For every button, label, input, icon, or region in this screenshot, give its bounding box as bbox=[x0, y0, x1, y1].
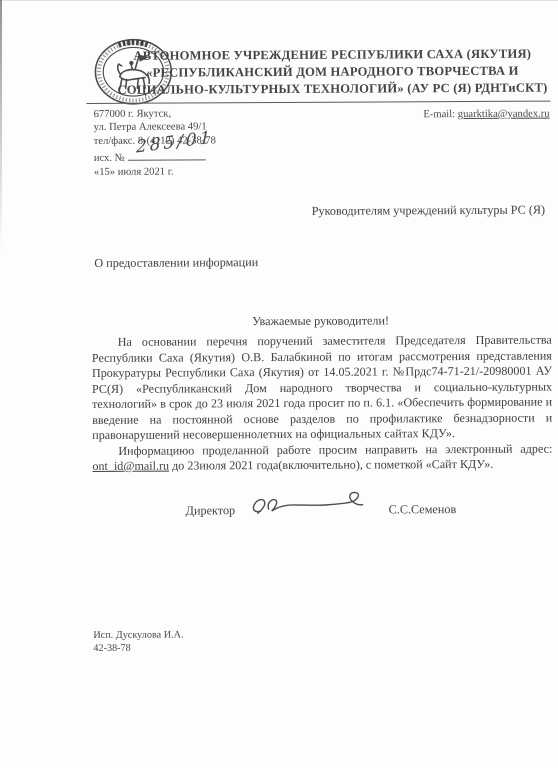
org-name-line-1: АВТОНОМНОЕ УЧРЕЖДЕНИЕ РЕСПУБЛИКИ САХА (Я… bbox=[110, 46, 554, 65]
ref-number-slot: 285/01 bbox=[127, 148, 205, 161]
email-label: E-mail: bbox=[423, 109, 455, 120]
contact-block: 677000 г. Якутск, ул. Петра Алексеева 49… bbox=[94, 107, 217, 179]
executor-block: Исп. Дускулова И.А. 42-38-78 bbox=[93, 629, 183, 655]
body-paragraph-1: На основании перечня поручений заместите… bbox=[92, 333, 553, 444]
body-paragraph-2: Информациюо проделанной работе просим на… bbox=[92, 441, 552, 474]
letter-body: На основании перечня поручений заместите… bbox=[92, 333, 553, 475]
reply-email: ont_id@mail.ru bbox=[92, 459, 169, 473]
body-paragraph-2-suffix: до 23июля 2021 года(включительно), с пом… bbox=[169, 457, 493, 473]
handwritten-signature bbox=[247, 487, 373, 526]
letter-content: АВТОНОМНОЕ УЧРЕЖДЕНИЕ РЕСПУБЛИКИ САХА (Я… bbox=[0, 0, 558, 768]
org-email: guarktika@yandex.ru bbox=[458, 109, 550, 120]
handwritten-ref-number: 285/01 bbox=[136, 132, 213, 155]
org-name-line-3: СОЦИАЛЬНО-КУЛЬТУРНЫХ ТЕХНОЛОГИЙ» (АУ РС … bbox=[110, 79, 554, 98]
scanned-letter-page: АВТОНОМНОЕ УЧРЕЖДЕНИЕ РЕСПУБЛИКИ САХА (Я… bbox=[0, 0, 558, 768]
outgoing-ref-line: исх. № 285/01 bbox=[94, 148, 216, 166]
executor-name: Исп. Дускулова И.А. bbox=[93, 629, 183, 642]
addressee: Руководителям учреждений культуры РС (Я) bbox=[91, 203, 545, 220]
letter-date: «15» июля 2021 г. bbox=[94, 165, 216, 179]
signer-name: С.С.Семенов bbox=[389, 502, 457, 517]
letter-subject: О предоставлении информации bbox=[94, 255, 258, 271]
org-name: АВТОНОМНОЕ УЧРЕЖДЕНИЕ РЕСПУБЛИКИ САХА (Я… bbox=[110, 46, 554, 99]
salutation: Уважаемые руководители! bbox=[90, 313, 552, 330]
email-block: E-mail: guarktika@yandex.ru bbox=[423, 109, 549, 121]
ref-label: исх. № bbox=[94, 153, 125, 164]
body-paragraph-2-prefix: Информациюо проделанной работе просим на… bbox=[118, 441, 552, 457]
signer-title: Директор bbox=[186, 503, 236, 518]
postal-city: 677000 г. Якутск, bbox=[94, 107, 216, 121]
org-name-line-2: «РЕСПУБЛИКАНСКИЙ ДОМ НАРОДНОГО ТВОРЧЕСТВ… bbox=[110, 62, 554, 81]
executor-phone: 42-38-78 bbox=[93, 642, 183, 655]
